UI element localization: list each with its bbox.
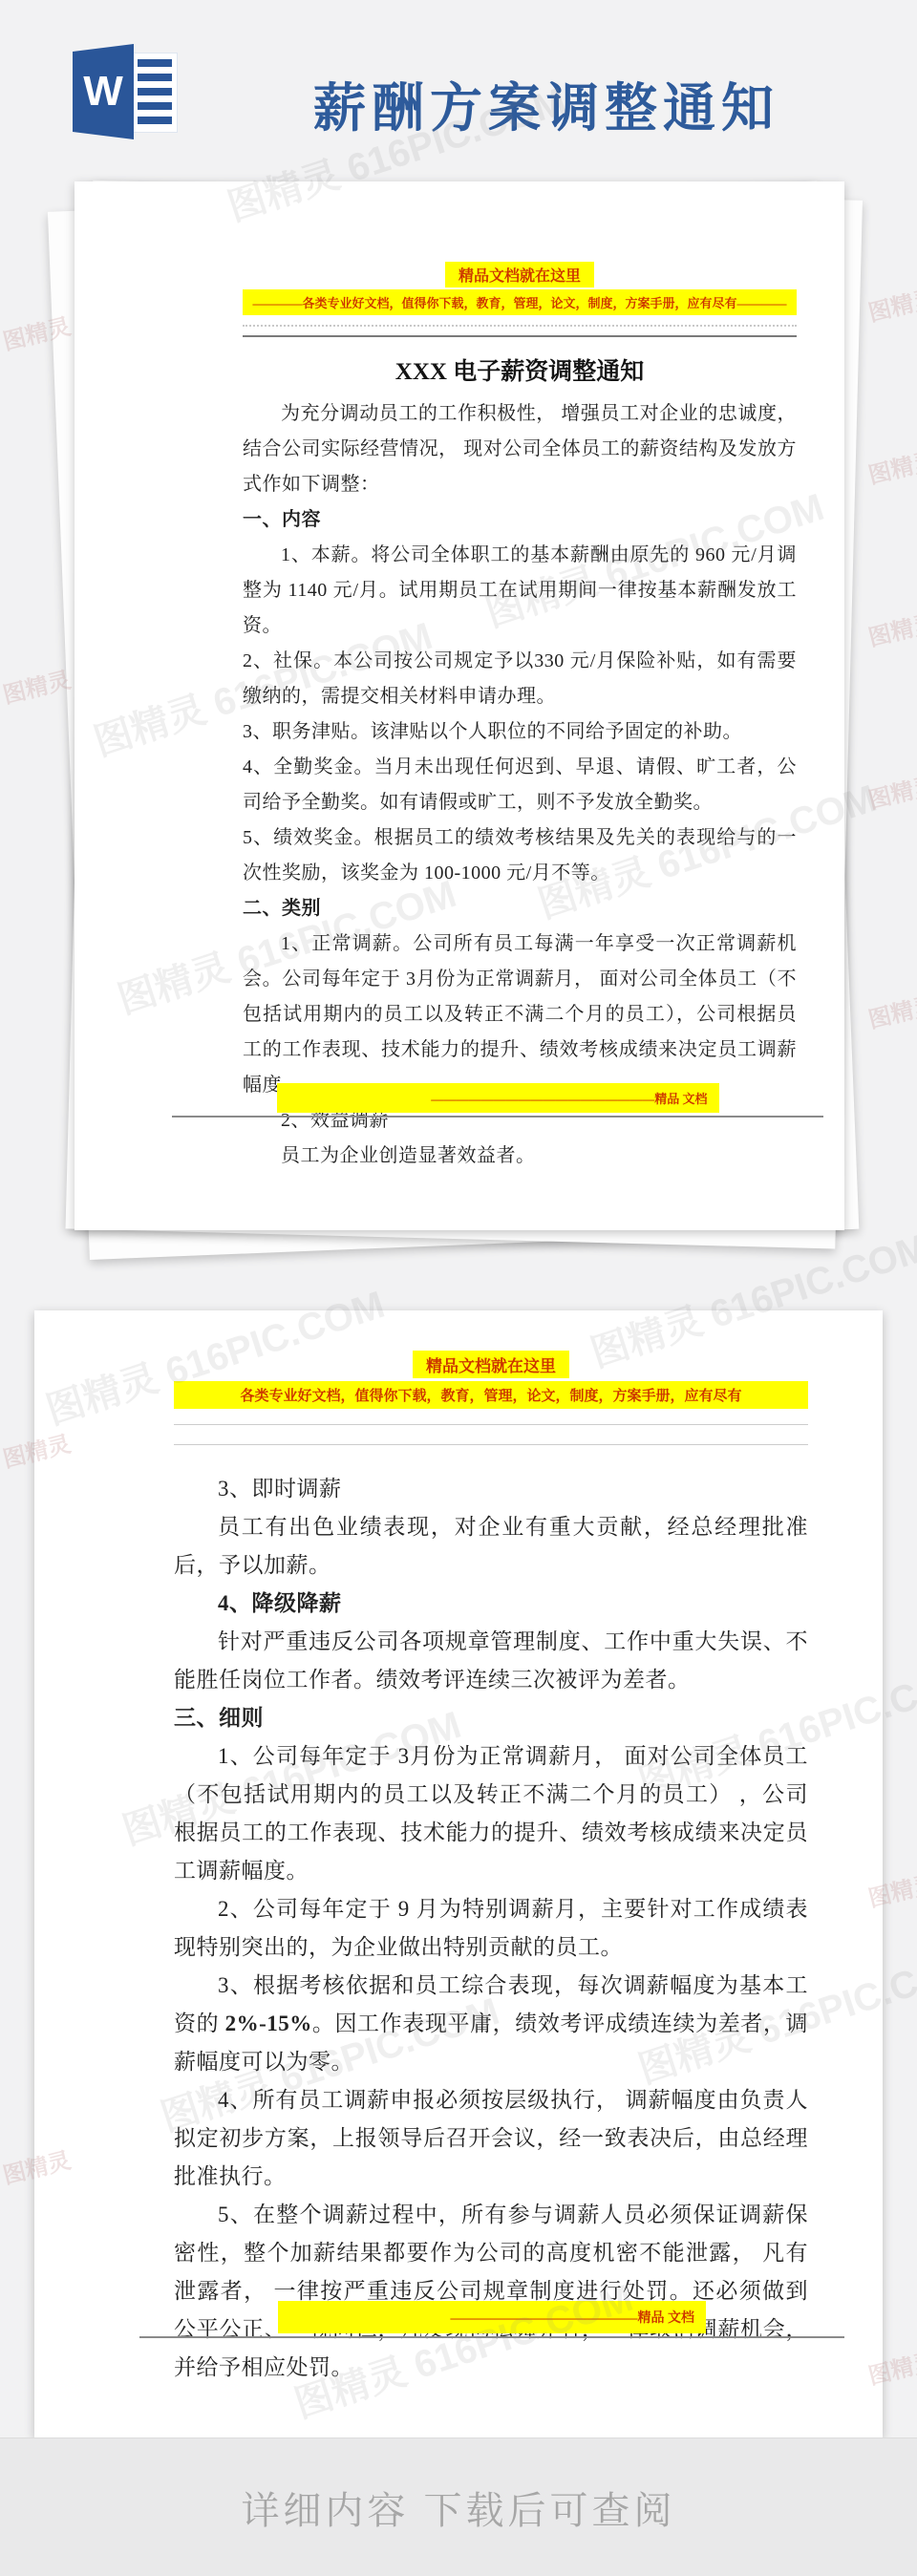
header-rule-dotted [243, 325, 797, 327]
doc-heading: 一、内容 [243, 502, 797, 538]
premium-banner: 精品文档就在这里 各类专业好文档，值得你下载，教育，管理，论文，制度，方案手册，… [174, 1351, 808, 1409]
watermark-stamp: 图精灵 [864, 441, 917, 490]
doc-paragraph: 为充分调动员工的工作积极性， 增强员工对企业的忠诚度， 结合公司实际经营情况， … [243, 396, 797, 502]
doc-paragraph: 3、根据考核依据和员工综合表现，每次调薪幅度为基本工资的 2%-15%。因工作表… [174, 1967, 808, 2081]
doc-paragraph: 3、职务津贴。该津贴以个人职位的不同给予固定的补助。 [243, 714, 797, 750]
document-page-2: 精品文档就在这里 各类专业好文档，值得你下载，教育，管理，论文，制度，方案手册，… [34, 1310, 883, 2438]
word-icon: W [73, 44, 178, 139]
document-page-2-preview[interactable]: 精品文档就在这里 各类专业好文档，值得你下载，教育，管理，论文，制度，方案手册，… [34, 1310, 883, 2438]
doc-heading: 二、类别 [243, 891, 797, 926]
page1-footer: ——————————————————精品 文档 [172, 1083, 823, 1118]
page-footer-tagline: ——————————————精品 文档 [278, 2301, 706, 2333]
watermark-stamp: 图精灵 [864, 279, 917, 328]
header-rule [174, 1444, 808, 1445]
doc-paragraph: 4、所有员工调薪申报必须按层级执行， 调薪幅度由负责人拟定初步方案，上报领导后召… [174, 2081, 808, 2196]
page2-footer: ——————————————精品 文档 [139, 2301, 844, 2338]
listing-title: 薪酬方案调整通知 [313, 80, 779, 138]
premium-banner-title-row: 精品文档就在这里 [174, 1351, 808, 1378]
doc-body-page1: 为充分调动员工的工作积极性， 增强员工对企业的忠诚度， 结合公司实际经营情况， … [243, 396, 797, 1174]
watermark-stamp: 图精灵 [0, 661, 74, 710]
doc-paragraph: 2、社保。本公司按公司规定予以330 元/月保险补贴，如有需要缴纳的，需提交相关… [243, 644, 797, 714]
doc-paragraph: 员工有出色业绩表现，对企业有重大贡献，经总经理批准后，予以加薪。 [174, 1508, 808, 1585]
doc-paragraph: 5、在整个调薪过程中，所有参与调薪人员必须保证调薪保密性，整个加薪结果都要作为公… [174, 2196, 808, 2387]
doc-body-page2: 3、即时调薪员工有出色业绩表现，对企业有重大贡献，经总经理批准后，予以加薪。4、… [174, 1470, 808, 2387]
doc-paragraph: 5、绩效奖金。根据员工的绩效考核结果及先关的表现给与的一次性奖励，该奖金为 10… [243, 820, 797, 891]
doc-paragraph: 员工为企业创造显著效益者。 [243, 1139, 797, 1174]
site-header: W 薪酬方案调整通知 [0, 0, 917, 181]
header-rule-solid [243, 335, 797, 337]
premium-banner-subtitle: ————各类专业好文档，值得你下载，教育，管理，论文，制度，方案手册，应有尽有—… [243, 289, 797, 315]
watermark-stamp: 图精灵 [864, 986, 917, 1034]
page-footer-tagline: ——————————————————精品 文档 [277, 1083, 719, 1113]
doc-paragraph: 4、全勤奖金。当月未出现任何迟到、早退、请假、旷工者，公司给予全勤奖。如有请假或… [243, 750, 797, 820]
premium-banner-title: 精品文档就在这里 [445, 262, 594, 287]
doc-paragraph: 2、公司每年定于 9 月为特别调薪月，主要针对工作成绩表现特别突出的，为企业做出… [174, 1890, 808, 1967]
document-page-1: 精品文档就在这里 ————各类专业好文档，值得你下载，教育，管理，论文，制度，方… [75, 181, 844, 1230]
premium-banner: 精品文档就在这里 ————各类专业好文档，值得你下载，教育，管理，论文，制度，方… [243, 262, 797, 315]
doc-paragraph: 1、公司每年定于 3月份为正常调薪月， 面对公司全体员工（不包括试用期内的员工以… [174, 1737, 808, 1890]
bottom-bar: 详细内容 下载后可查阅 [0, 2438, 917, 2576]
doc-heading: 三、细则 [174, 1699, 808, 1737]
watermark-stamp: 图精灵 [864, 766, 917, 815]
word-icon-letter: W [83, 68, 123, 116]
premium-banner-title-row: 精品文档就在这里 [243, 262, 797, 287]
document-page-1-preview[interactable]: 精品文档就在这里 ————各类专业好文档，值得你下载，教育，管理，论文，制度，方… [75, 181, 844, 1230]
doc-paragraph: 3、即时调薪 [174, 1470, 808, 1508]
footer-rule [172, 1116, 823, 1118]
doc-paragraph: 1、本薪。将公司全体职工的基本薪酬由原先的 960 元/月调整为 1140 元/… [243, 538, 797, 644]
doc-paragraph: 1、正常调薪。公司所有员工每满一年享受一次正常调薪机会。公司每年定于 3月份为正… [243, 926, 797, 1103]
word-icon-cover: W [73, 44, 134, 139]
footer-rule [139, 2336, 844, 2338]
doc-title: XXX 电子薪资调整通知 [243, 352, 797, 387]
watermark-stamp: 图精灵 [864, 604, 917, 652]
preview-caption: 详细内容 下载后可查阅 [241, 2480, 675, 2535]
premium-banner-title: 精品文档就在这里 [413, 1351, 569, 1378]
header-rule [174, 1424, 808, 1425]
doc-heading: 4、降级降薪 [174, 1585, 808, 1623]
premium-banner-subtitle: 各类专业好文档，值得你下载，教育，管理，论文，制度，方案手册，应有尽有 [174, 1381, 808, 1409]
doc-paragraph: 针对严重违反公司各项规章管理制度、工作中重大失误、不能胜任岗位工作者。绩效考评连… [174, 1623, 808, 1699]
